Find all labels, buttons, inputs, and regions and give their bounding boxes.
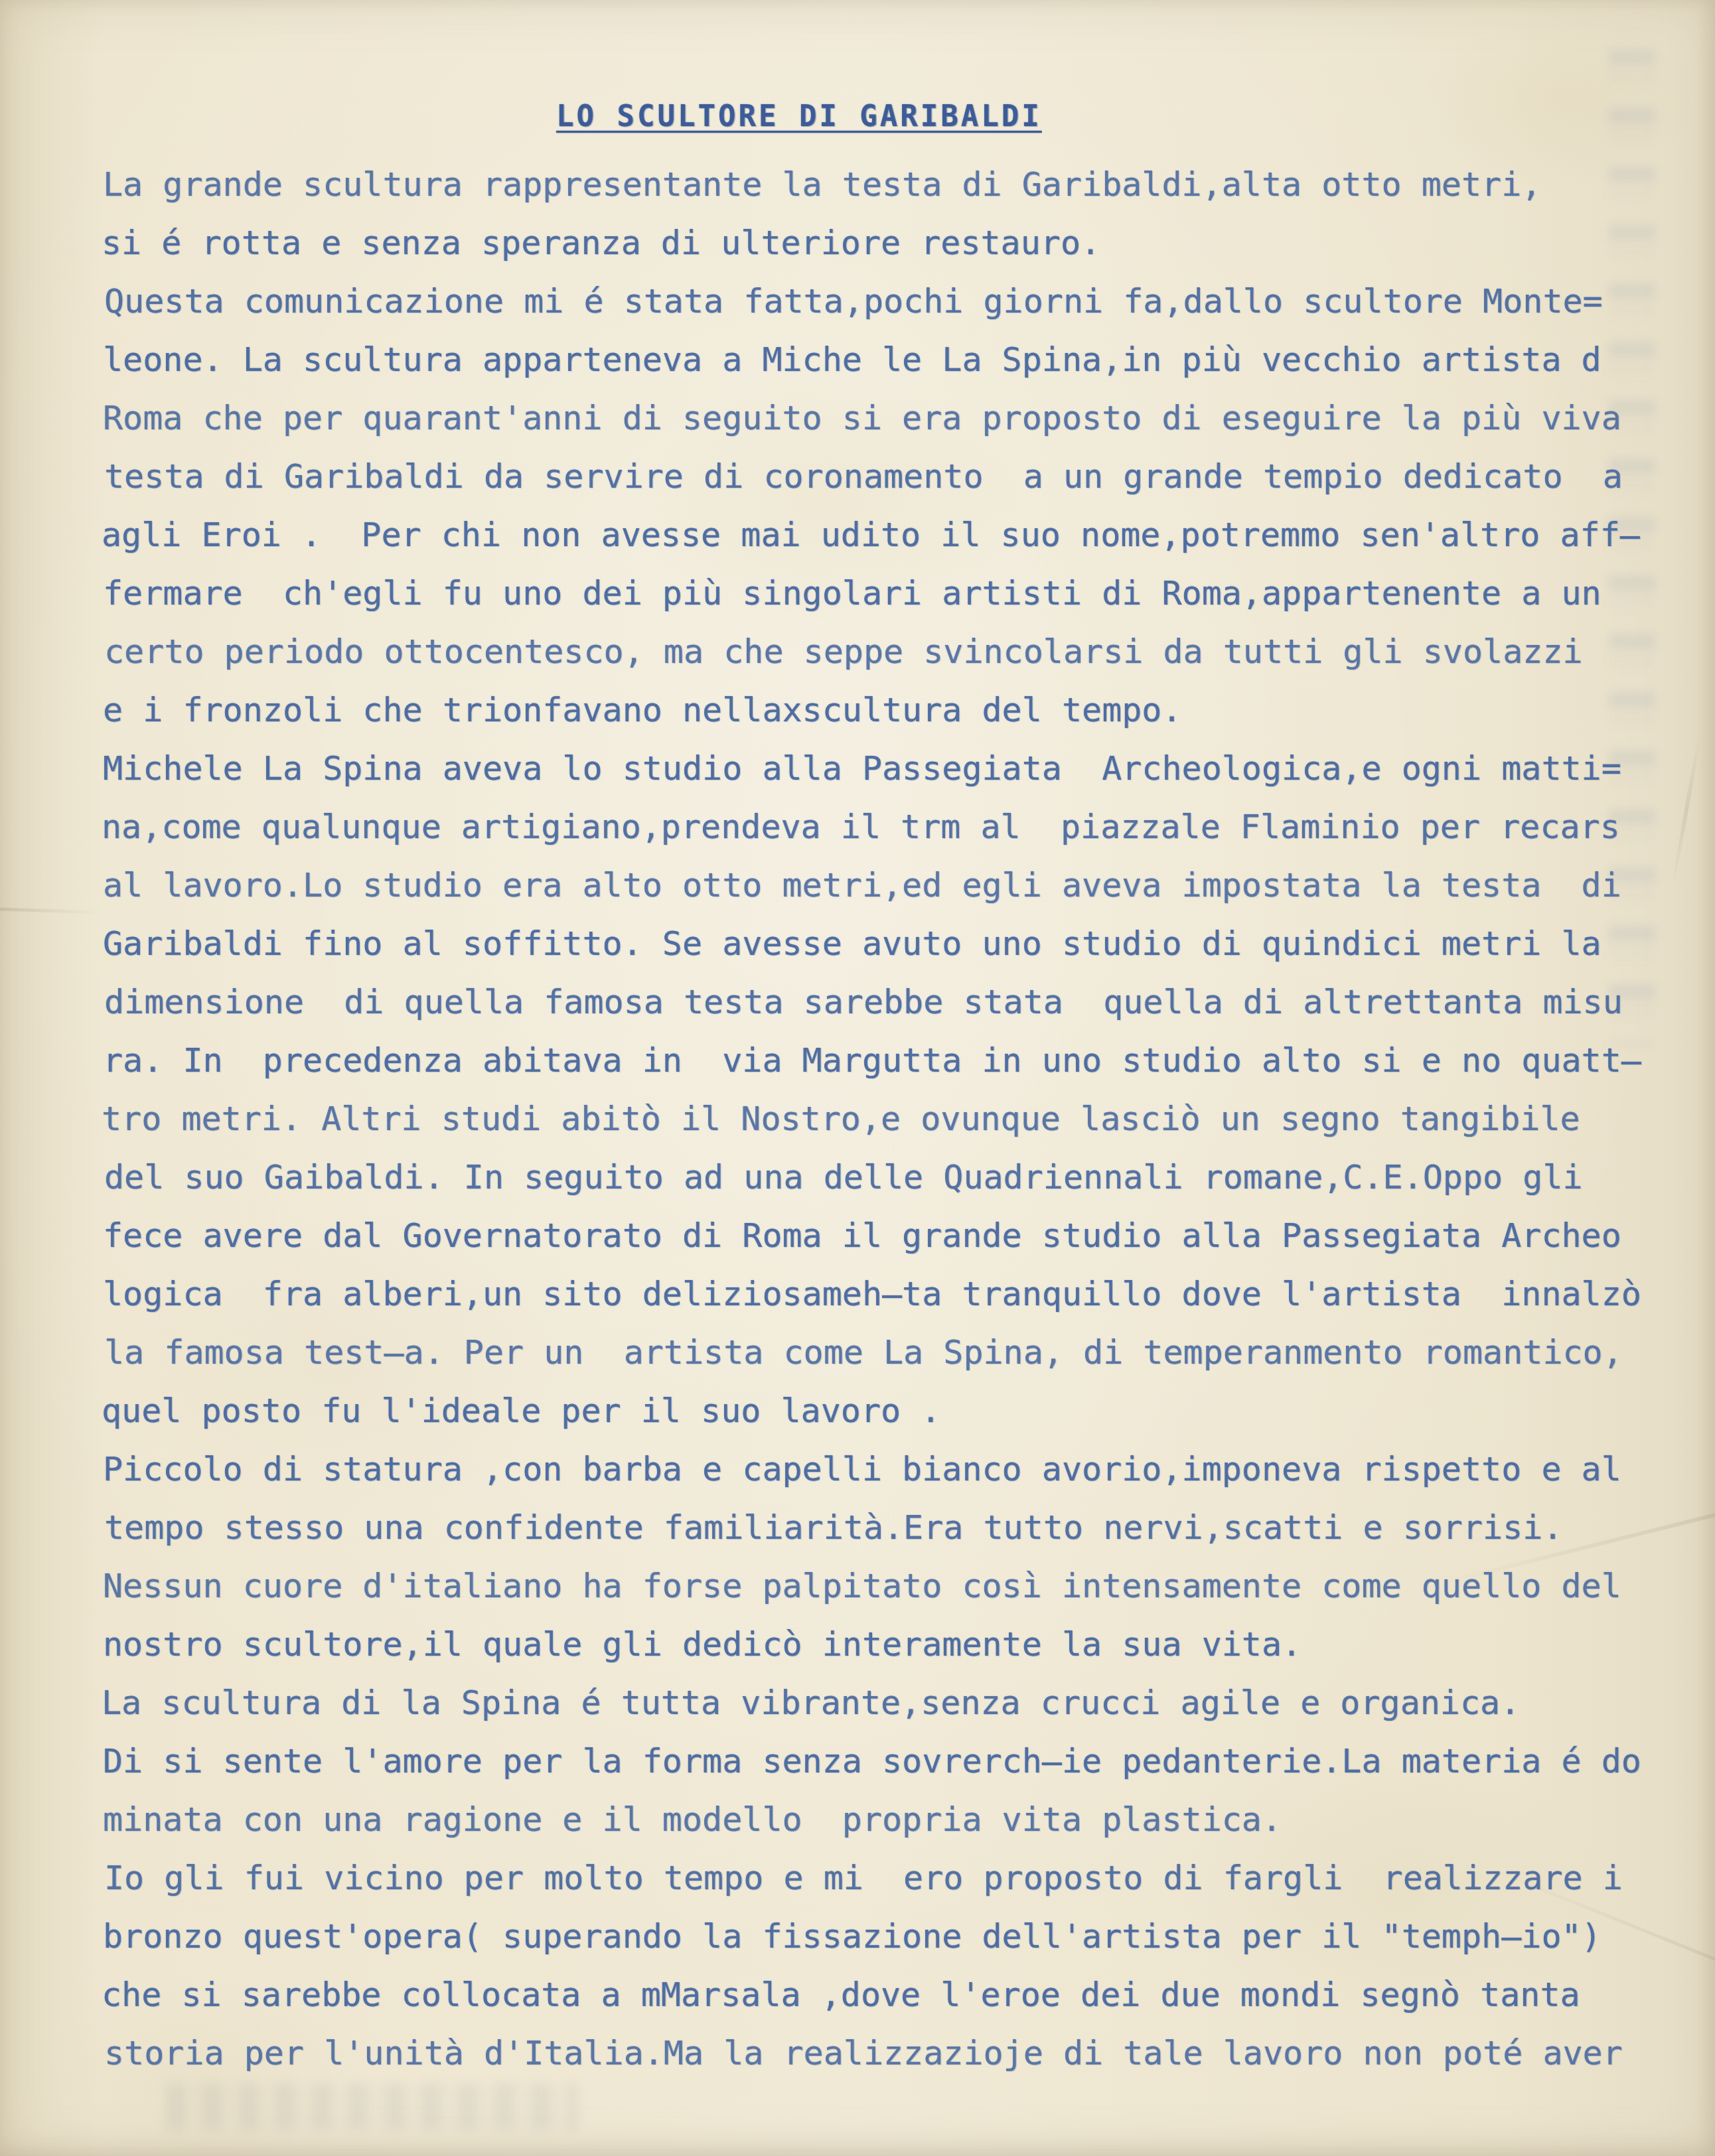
text-line: Michele La Spina aveva lo studio alla Pa… xyxy=(103,739,1641,798)
text-line: Garibaldi fino al soffitto. Se avesse av… xyxy=(103,914,1641,973)
text-line: tempo stesso una confidente familiarità.… xyxy=(104,1498,1643,1557)
text-line: Nessun cuore d'italiano ha forse palpita… xyxy=(103,1557,1641,1615)
text-line: quel posto fu l'ideale per il suo lavoro… xyxy=(102,1382,1640,1440)
text-line: bronzo quest'opera( superando la fissazi… xyxy=(103,1907,1641,1966)
text-line: e i fronzoli che trionfavano nellaxscult… xyxy=(103,681,1641,739)
text-line: nostro scultore,il quale gli dedicò inte… xyxy=(103,1615,1641,1674)
text-line: La grande scultura rappresentante la tes… xyxy=(103,155,1641,214)
text-line: na,come qualunque artigiano,prendeva il … xyxy=(102,798,1640,856)
text-line: logica fra alberi,un sito deliziosameh̶t… xyxy=(103,1265,1641,1323)
text-line: al lavoro.Lo studio era alto otto metri,… xyxy=(103,856,1641,914)
text-line: Roma che per quarant'anni di seguito si … xyxy=(103,389,1641,447)
text-line: Di si sente l'amore per la forma senza s… xyxy=(103,1732,1641,1790)
typewritten-page: LO SCULTORE DI GARIBALDI La grande scult… xyxy=(0,0,1715,2156)
text-line: Io gli fui vicino per molto tempo e mi e… xyxy=(104,1849,1643,1907)
text-line: Questa comunicazione mi é stata fatta,po… xyxy=(104,272,1643,330)
text-line: ra. In precedenza abitava in via Margutt… xyxy=(103,1031,1641,1090)
document-body: La grande scultura rappresentante la tes… xyxy=(103,155,1641,2082)
text-line: si é rotta e senza speranza di ulteriore… xyxy=(102,214,1640,272)
text-line: leone. La scultura apparteneva a Miche l… xyxy=(103,330,1641,389)
text-line: dimensione di quella famosa testa sarebb… xyxy=(104,973,1643,1031)
document-title: LO SCULTORE DI GARIBALDI xyxy=(556,100,1042,133)
text-line: tro metri. Altri studi abitò il Nostro,e… xyxy=(102,1090,1640,1148)
text-line: minata con una ragione e il modello prop… xyxy=(103,1790,1641,1849)
text-line: La scultura di la Spina é tutta vibrante… xyxy=(102,1674,1640,1732)
ink-bleedthrough-smudge xyxy=(166,2084,577,2130)
text-line: testa di Garibaldi da servire di coronam… xyxy=(104,447,1643,506)
text-line: che si sarebbe collocata a mMarsala ,dov… xyxy=(102,1966,1640,2024)
text-line: storia per l'unità d'Italia.Ma la realiz… xyxy=(104,2024,1643,2082)
text-line: fermare ch'egli fu uno dei più singolari… xyxy=(103,564,1641,622)
text-line: la famosa test̶a. Per un artista come La… xyxy=(104,1323,1643,1382)
text-line: del suo Gaibaldi. In seguito ad una dell… xyxy=(104,1148,1643,1206)
text-line: certo periodo ottocentesco, ma che seppe… xyxy=(104,622,1643,681)
paper-crease xyxy=(0,907,100,914)
text-line: agli Eroi . Per chi non avesse mai udito… xyxy=(102,506,1640,564)
text-line: Piccolo di statura ,con barba e capelli … xyxy=(103,1440,1641,1498)
paper-crease xyxy=(1671,731,1702,888)
text-line: fece avere dal Governatorato di Roma il … xyxy=(103,1206,1641,1265)
